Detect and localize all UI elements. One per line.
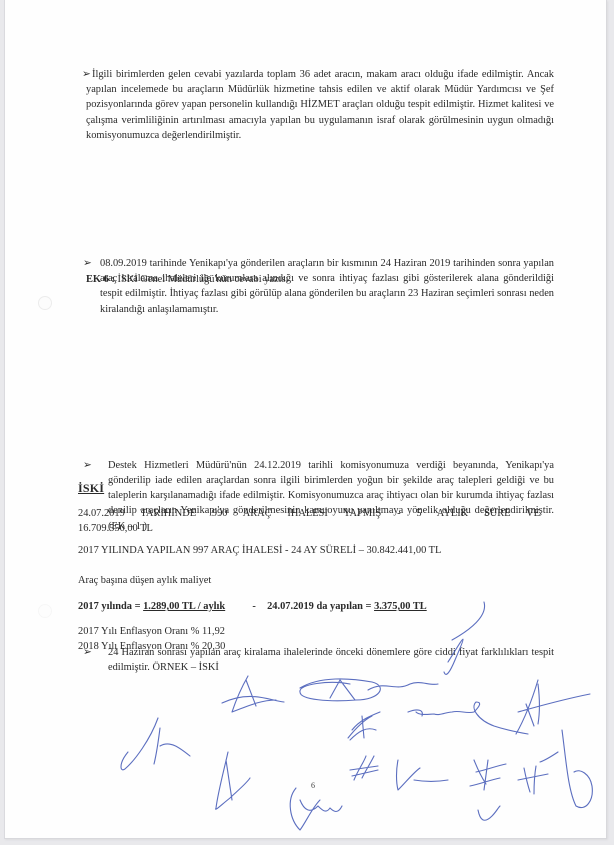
signature-5 xyxy=(216,752,250,809)
signatures xyxy=(0,0,614,845)
signature-8 xyxy=(516,680,590,734)
signature-9 xyxy=(290,788,342,830)
signature-10 xyxy=(350,756,378,780)
signature-11 xyxy=(397,760,449,790)
signature-4 xyxy=(121,718,190,770)
signature-2 xyxy=(222,676,284,712)
signature-6 xyxy=(348,712,380,740)
signature-12 xyxy=(470,760,506,820)
signature-13 xyxy=(518,730,592,808)
signature-7 xyxy=(408,702,528,734)
signature-3 xyxy=(300,679,438,701)
signature-1 xyxy=(444,602,485,674)
